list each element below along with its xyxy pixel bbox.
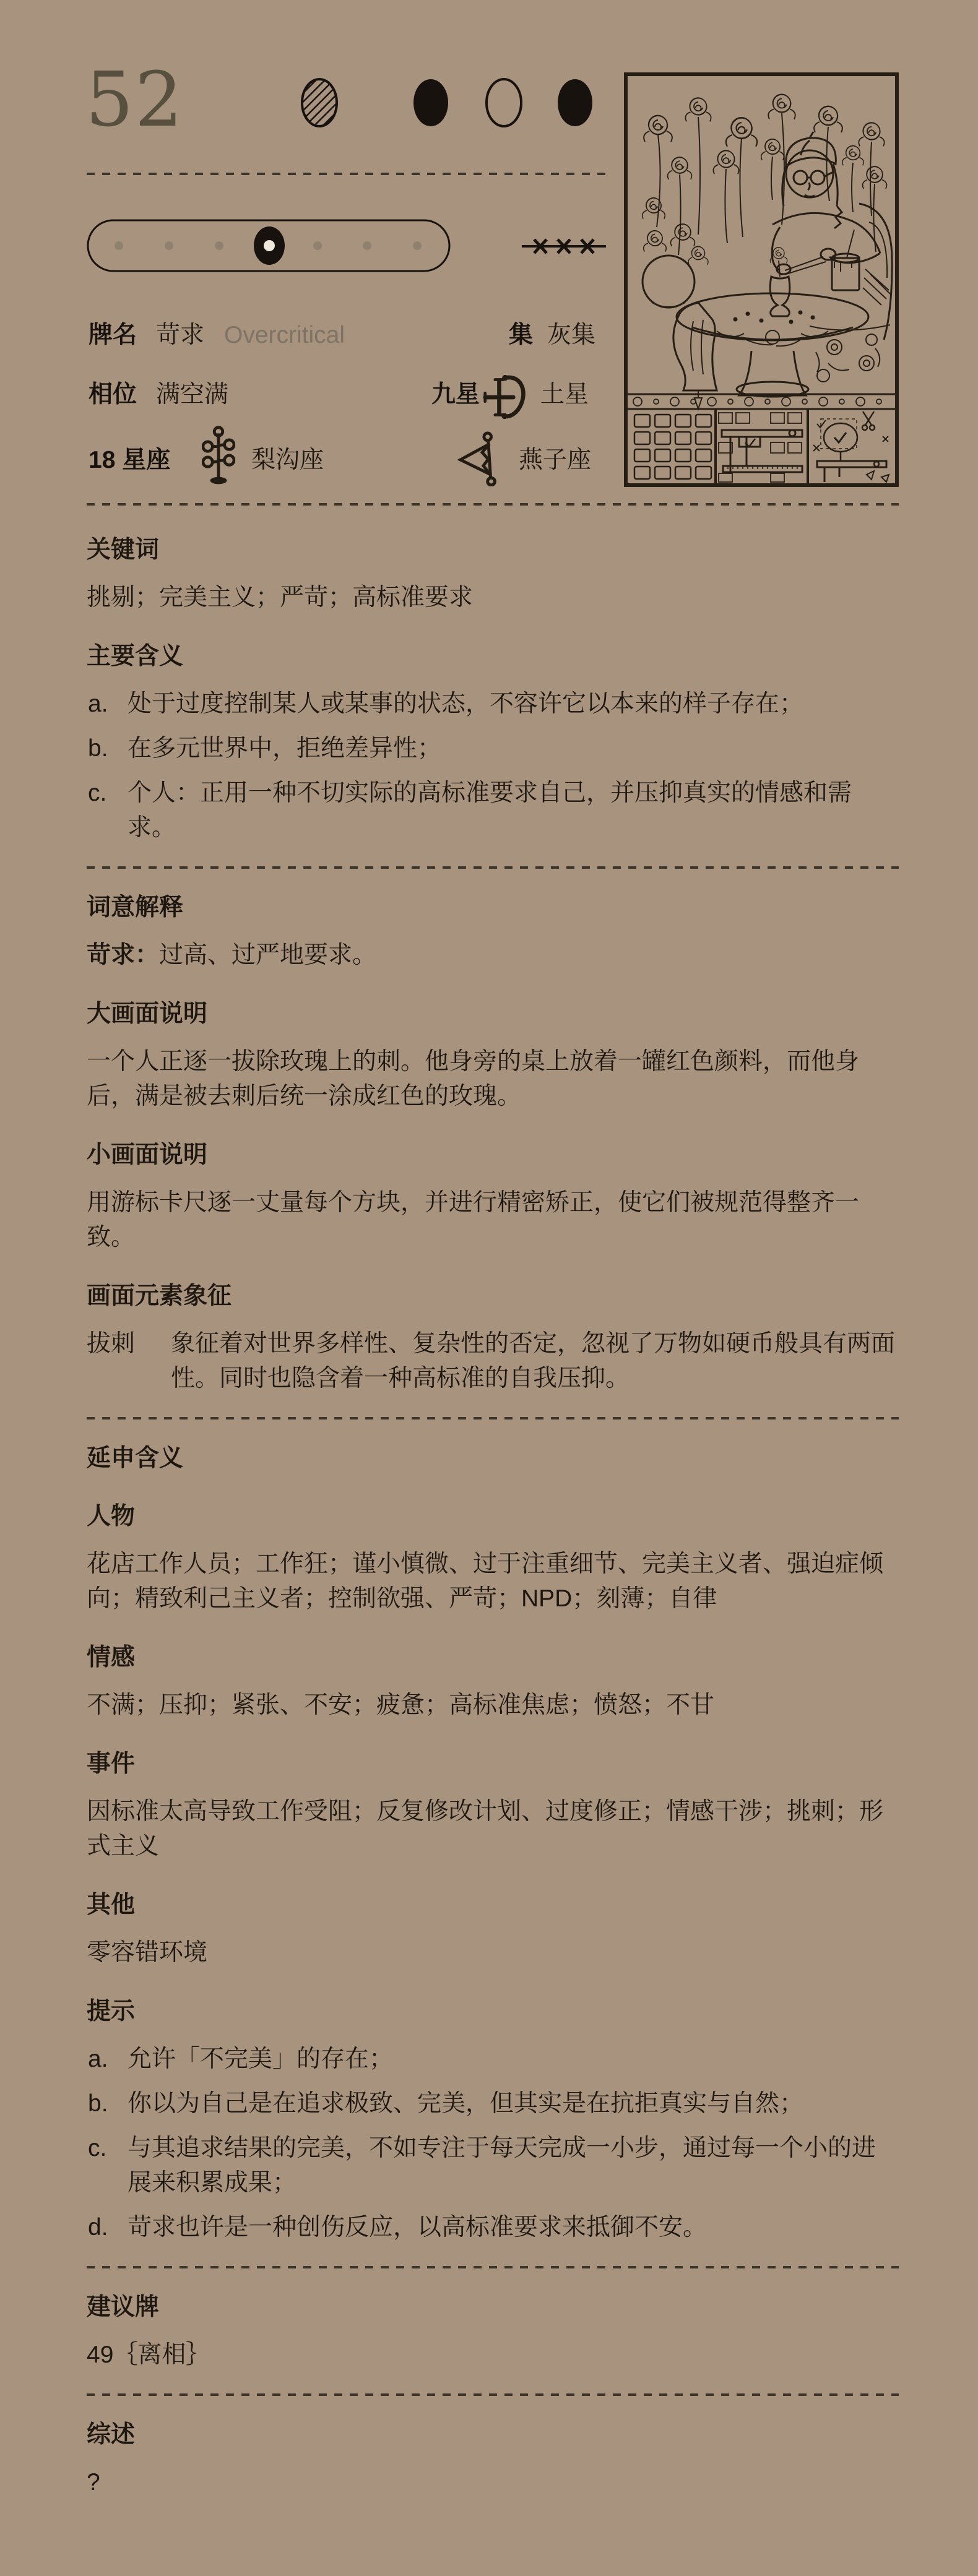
paragraph: 因标准太高导致工作受阻；反复修改计划、过度修正；情感干涉；挑刺；形式主义 (87, 1794, 899, 1864)
section-header: 事件 (87, 1750, 899, 1778)
dashed-divider (87, 2266, 899, 2268)
lettered-list: a.允许「不完美」的存在；b.你以为自己是在追求极致、完美，但其实是在抗拒真实与… (87, 2042, 899, 2245)
field-label-nine-star: 九星 (431, 379, 480, 411)
section-header: 主要含义 (87, 642, 899, 671)
nine-star-value: 土星 (540, 379, 589, 411)
dashed-divider (87, 2393, 899, 2396)
section-header: 小画面说明 (87, 1141, 899, 1170)
paragraph: 挑剔；完美主义；严苛；高标准要求 (87, 580, 899, 615)
content-sections: 关键词挑剔；完美主义；严苛；高标准要求主要含义a.处于过度控制某人或某事的状态，… (87, 523, 899, 2500)
pear-furrow-constellation-icon (202, 424, 235, 488)
field-label-phase: 相位 (89, 379, 137, 411)
paragraph: 49｛离相｝ (87, 2338, 899, 2372)
list-marker: b. (88, 731, 108, 766)
list-item-text: 苛求也许是一种创伤反应，以高标准要求来抵御不安。 (128, 2214, 707, 2241)
constellation-value-right: 燕子座 (519, 444, 591, 476)
card-name-english: Overcritical (224, 319, 345, 351)
term-text: 过高、过严地要求。 (159, 942, 376, 968)
list-marker: b. (88, 2087, 108, 2121)
lettered-list: a.处于过度控制某人或某事的状态，不容许它以本来的样子存在；b.在多元世界中，拒… (87, 687, 899, 845)
section-header: 建议牌 (87, 2293, 899, 2322)
list-item: c.个人：正用一种不切实际的高标准要求自己，并压抑真实的情感和需求。 (87, 776, 899, 845)
slider-dot (215, 241, 223, 250)
filled-oval-icon (413, 79, 448, 126)
term-label: 拔刺 (87, 1327, 135, 1361)
term-paragraph: 苛求：过高、过严地要求。 (87, 938, 899, 973)
list-item: a.允许「不完美」的存在； (87, 2042, 899, 2077)
slider-active-dot-center (264, 240, 275, 251)
section-header: 提示 (87, 1997, 899, 2026)
section-header: 关键词 (87, 536, 899, 564)
card-number: 52 (85, 62, 184, 137)
hatched-oval-icon (302, 79, 337, 126)
section-header: 人物 (87, 1502, 899, 1531)
list-item: b.你以为自己是在追求极致、完美，但其实是在抗拒真实与自然； (87, 2087, 899, 2121)
field-label-card-name: 牌名 (89, 319, 137, 351)
list-item-text: 与其追求结果的完美，不如专注于每天完成一小步，通过每一个小的进展来积累成果； (128, 2135, 876, 2196)
slider-dot (313, 241, 322, 250)
paragraph: 一个人正逐一拔除玫瑰上的刺。他身旁的桌上放着一罐红色颜料，而他身后，满是被去刺后… (87, 1045, 899, 1114)
paragraph: 不满；压抑；紧张、不安；疲惫；高标准焦虑；愤怒；不甘 (87, 1688, 899, 1723)
list-item: b.在多元世界中，拒绝差异性； (87, 731, 899, 766)
paragraph: 用游标卡尺逐一丈量每个方块，并进行精密矫正，使它们被规范得整齐一致。 (87, 1186, 899, 1255)
list-item-text: 允许「不完美」的存在； (128, 2046, 393, 2072)
phase-slider (87, 219, 451, 272)
list-item-text: 个人：正用一种不切实际的高标准要求自己，并压抑真实的情感和需求。 (128, 780, 852, 841)
section-header: 情感 (87, 1643, 899, 1672)
paragraph: 花店工作人员；工作狂；谨小慎微、过于注重细节、完美主义者、强迫症倾向；精致利己主… (87, 1547, 899, 1616)
phase-value: 满空满 (156, 379, 228, 411)
section-header: 词意解释 (87, 894, 899, 922)
field-label-set: 集 (509, 319, 533, 351)
section-header: 其他 (87, 1891, 899, 1919)
phase-ovals-row (301, 77, 598, 129)
card-illustration (624, 72, 899, 487)
list-item: c.与其追求结果的完美，不如专注于每天完成一小步，通过每一个小的进展来积累成果； (87, 2131, 899, 2200)
list-item-text: 你以为自己是在追求极致、完美，但其实是在抗拒真实与自然； (128, 2090, 803, 2117)
dashed-divider (87, 866, 899, 869)
dashed-divider (87, 173, 610, 175)
section-header: 综述 (87, 2421, 899, 2449)
dashed-divider (87, 503, 899, 506)
slider-dot (413, 241, 422, 250)
section-header: 大画面说明 (87, 1000, 899, 1028)
slider-dot (115, 241, 123, 250)
slider-dot (363, 241, 371, 250)
term-text: 象征着对世界多样性、复杂性的否定，忽视了万物如硬币般具有两面性。同时也隐含着一种… (171, 1330, 895, 1392)
illustration-drawing (624, 72, 899, 487)
dashed-divider (87, 1417, 899, 1419)
list-item: d.苛求也许是一种创伤反应，以高标准要求来抵御不安。 (87, 2210, 899, 2245)
slider-dot (165, 241, 173, 250)
section-header: 延申含义 (87, 1444, 899, 1473)
constellation-value-left: 梨沟座 (251, 444, 324, 476)
list-item: a.处于过度控制某人或某事的状态，不容许它以本来的样子存在； (87, 687, 899, 722)
card-name-value: 苛求 (156, 319, 204, 351)
outline-oval-icon (487, 79, 521, 126)
list-marker: a. (88, 687, 108, 722)
list-marker: c. (88, 776, 106, 811)
triple-x-line-icon (521, 234, 607, 259)
list-marker: a. (88, 2042, 108, 2077)
list-item-text: 处于过度控制某人或某事的状态，不容许它以本来的样子存在； (128, 691, 803, 717)
saturn-sigil-icon (482, 369, 529, 426)
list-marker: d. (88, 2210, 108, 2245)
field-label-constellation: 18 星座 (89, 444, 170, 476)
list-marker: c. (88, 2131, 106, 2166)
swallow-constellation-icon (454, 431, 506, 486)
filled-oval-icon (558, 79, 592, 126)
paragraph: ? (87, 2465, 899, 2500)
term-label: 苛求： (87, 942, 159, 968)
list-item-text: 在多元世界中，拒绝差异性； (128, 735, 441, 762)
set-value: 灰集 (547, 319, 595, 351)
section-header: 画面元素象征 (87, 1282, 899, 1311)
term-paragraph: 拔刺象征着对世界多样性、复杂性的否定，忽视了万物如硬币般具有两面性。同时也隐含着… (87, 1327, 899, 1396)
paragraph: 零容错环境 (87, 1936, 899, 1970)
